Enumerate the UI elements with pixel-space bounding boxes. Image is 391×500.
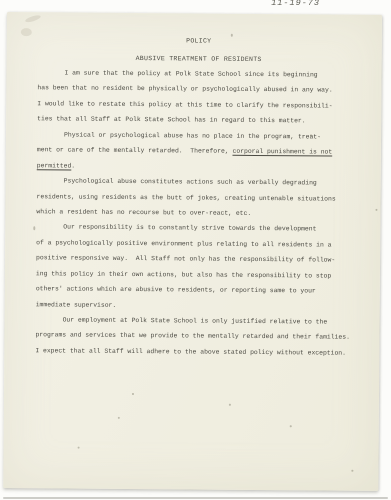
paper-speck (229, 404, 231, 406)
paper-smudge (25, 14, 42, 24)
paper-speck (132, 393, 134, 395)
document-subtitle: ABUSIVE TREATMENT OF RESIDENTS (38, 54, 360, 65)
text-line: ment or care of the mentally retarded. T… (37, 142, 359, 160)
document-page: POLICY ABUSIVE TREATMENT OF RESIDENTS I … (3, 12, 382, 491)
paper-speck (290, 425, 292, 427)
text-line: Psychological abuse constitutes actions … (37, 173, 359, 191)
paper-smudge (21, 28, 32, 36)
date-annotation: 11-19-73 (271, 0, 320, 8)
paper-speck (33, 226, 35, 230)
paper-speck (118, 417, 120, 419)
text-line: I expect that all Staff will adhere to t… (35, 343, 357, 361)
document-body: I am sure that the policy at Polk State … (35, 65, 359, 361)
paragraph: Our responsibility is to constantly stri… (36, 220, 359, 315)
paper-speck (231, 34, 233, 37)
scan-edge-shadow (3, 497, 388, 499)
paper-speck (375, 209, 377, 211)
paragraph: Psychological abuse constitutes actions … (36, 173, 358, 222)
paper-speck (351, 470, 353, 472)
paragraph: Our employment at Polk State School is o… (35, 312, 357, 361)
paragraph: I am sure that the policy at Polk State … (37, 65, 359, 129)
paper-speck (78, 447, 80, 449)
scan-background: 11-19-73 POLICY ABUSIVE TREATMENT OF RES… (0, 0, 391, 500)
paper-speck (310, 134, 312, 136)
document-title: POLICY (38, 36, 360, 47)
